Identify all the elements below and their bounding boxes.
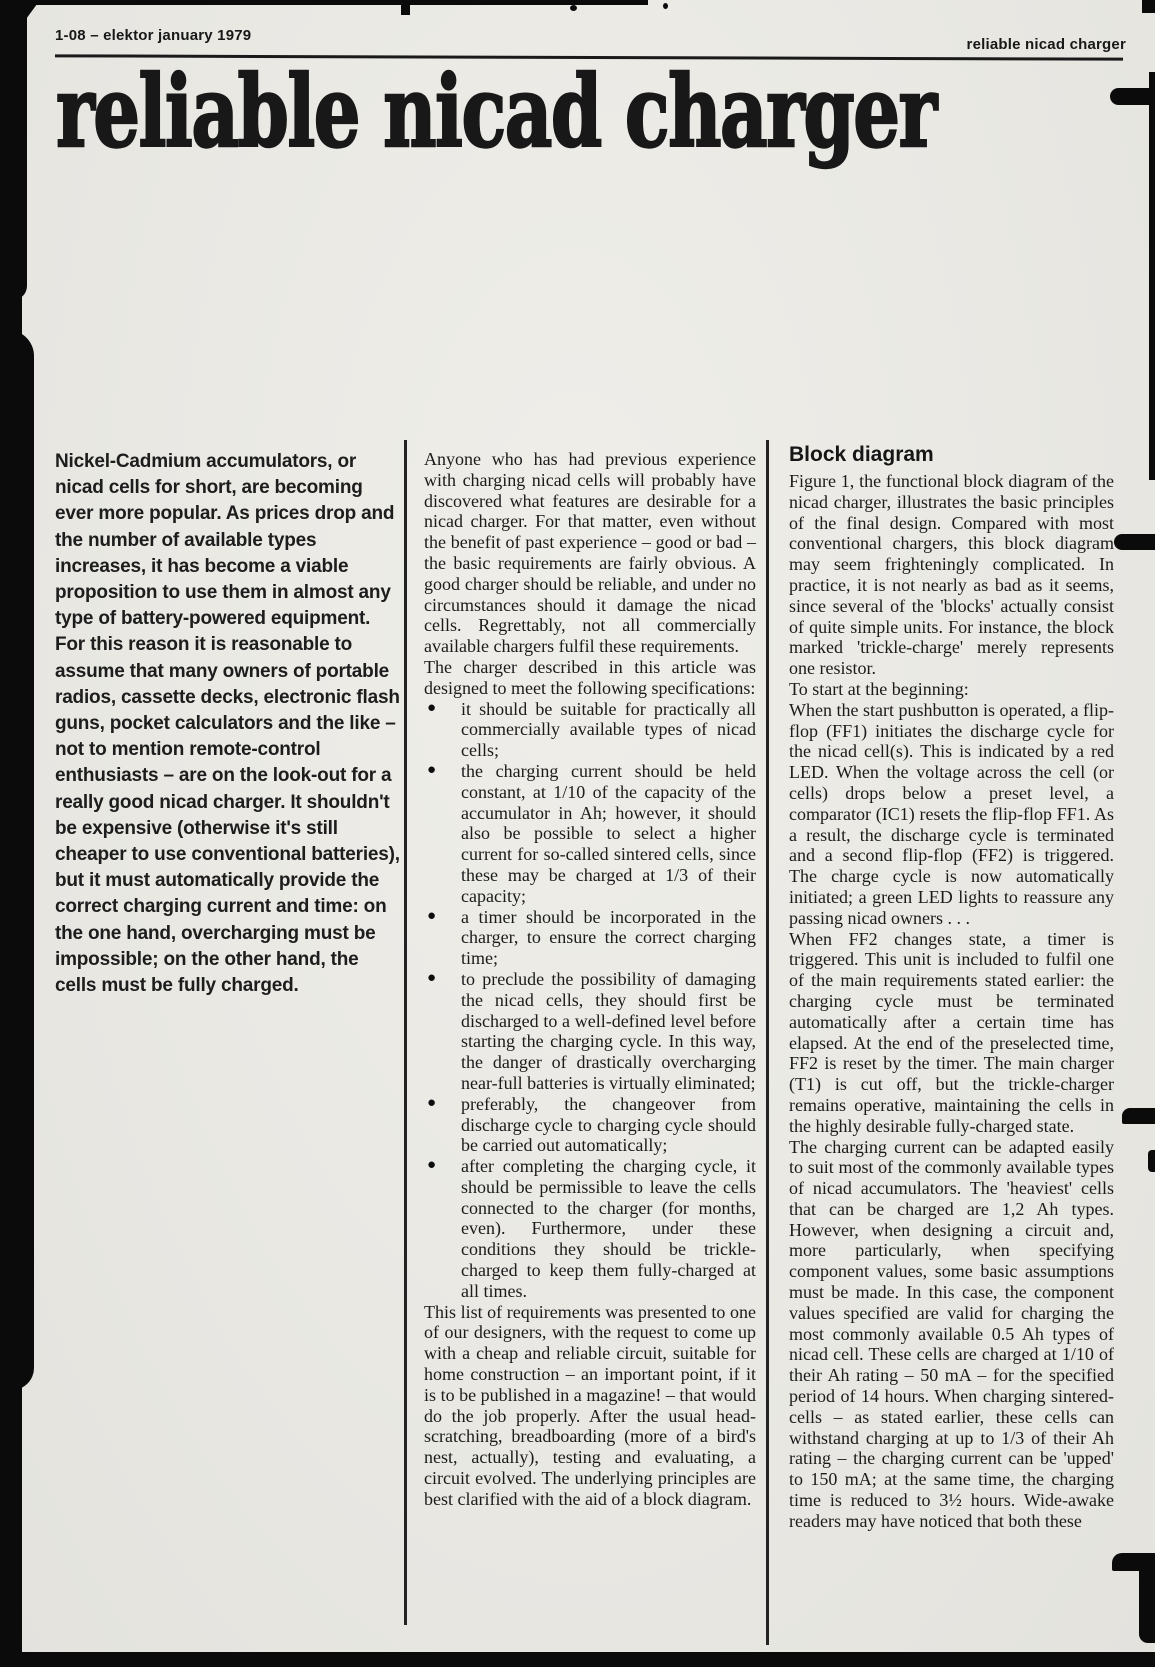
list-item: ● after completing the charging cycle, i… (424, 1156, 756, 1302)
scanned-magazine-page: { "colors": { "paper": "#e9e8e3", "ink":… (0, 0, 1155, 1667)
intro-column: Nickel-Cadmium accumulators, or nicad ce… (55, 449, 400, 999)
margin-arrow-icon (1110, 88, 1155, 105)
scan-speck (663, 3, 668, 9)
scan-gutter-bulge (0, 330, 34, 1390)
margin-arrow-icon (1122, 1108, 1155, 1124)
scan-right-nub (1148, 1150, 1155, 1172)
column-divider (766, 440, 769, 1645)
paragraph: The charger described in this article wa… (424, 657, 756, 699)
list-item-text: to preclude the possibility of damaging … (461, 969, 756, 1093)
scan-top-edge-strip (0, 0, 648, 5)
list-item: ● the charging current should be held co… (424, 761, 756, 907)
page-number-and-issue: 1-08 – elektor january 1979 (55, 27, 251, 44)
scan-bottom-band (16, 1652, 1155, 1667)
bullet-icon: ● (427, 1155, 436, 1176)
intro-text: Nickel-Cadmium accumulators, or nicad ce… (55, 449, 400, 999)
list-item-text: it should be suitable for practically al… (461, 699, 756, 761)
section-heading: Block diagram (789, 442, 1114, 468)
scan-corner-top-left (0, 0, 40, 30)
scan-gutter-top (0, 0, 27, 300)
margin-arrow-icon (1114, 534, 1155, 550)
bullet-icon: ● (427, 1093, 436, 1114)
bullet-icon: ● (427, 760, 436, 781)
scan-corner-top-right (1142, 0, 1155, 13)
scan-top-tick (401, 0, 410, 15)
bullet-icon: ● (427, 906, 436, 927)
list-item-text: a timer should be incorporated in the ch… (461, 907, 756, 969)
list-item-text: after completing the charging cycle, it … (461, 1156, 756, 1301)
bullet-icon: ● (427, 698, 436, 719)
paragraph: When FF2 changes state, a timer is trigg… (789, 929, 1114, 1137)
margin-hook-icon (1139, 1553, 1155, 1643)
list-item: ● to preclude the possibility of damagin… (424, 969, 756, 1094)
list-item-text: the charging current should be held cons… (461, 761, 756, 906)
list-item: ● it should be suitable for practically … (424, 699, 756, 761)
list-item: ● preferably, the changeover from discha… (424, 1094, 756, 1156)
running-head: reliable nicad charger (967, 36, 1126, 53)
paragraph: Figure 1, the functional block diagram o… (789, 471, 1114, 679)
paragraph: The charging current can be adapted easi… (789, 1137, 1114, 1532)
right-column: Block diagram Figure 1, the functional b… (789, 442, 1114, 1532)
paragraph: To start at the beginning: (789, 679, 1114, 700)
scan-right-edge-strip (1149, 72, 1155, 480)
paragraph: This list of requirements was presented … (424, 1302, 756, 1510)
bullet-icon: ● (427, 968, 436, 989)
page-title: reliable nicad charger (56, 64, 936, 162)
paragraph: When the start pushbutton is operated, a… (789, 700, 1114, 929)
column-divider (404, 440, 407, 1625)
list-item: ● a timer should be incorporated in the … (424, 907, 756, 969)
list-item-text: preferably, the changeover from discharg… (461, 1094, 756, 1156)
middle-column: Anyone who has had previous experience w… (424, 449, 756, 1510)
scan-speck (570, 5, 577, 11)
paragraph: Anyone who has had previous experience w… (424, 449, 756, 657)
spec-bullet-list: ● it should be suitable for practically … (424, 699, 756, 1302)
